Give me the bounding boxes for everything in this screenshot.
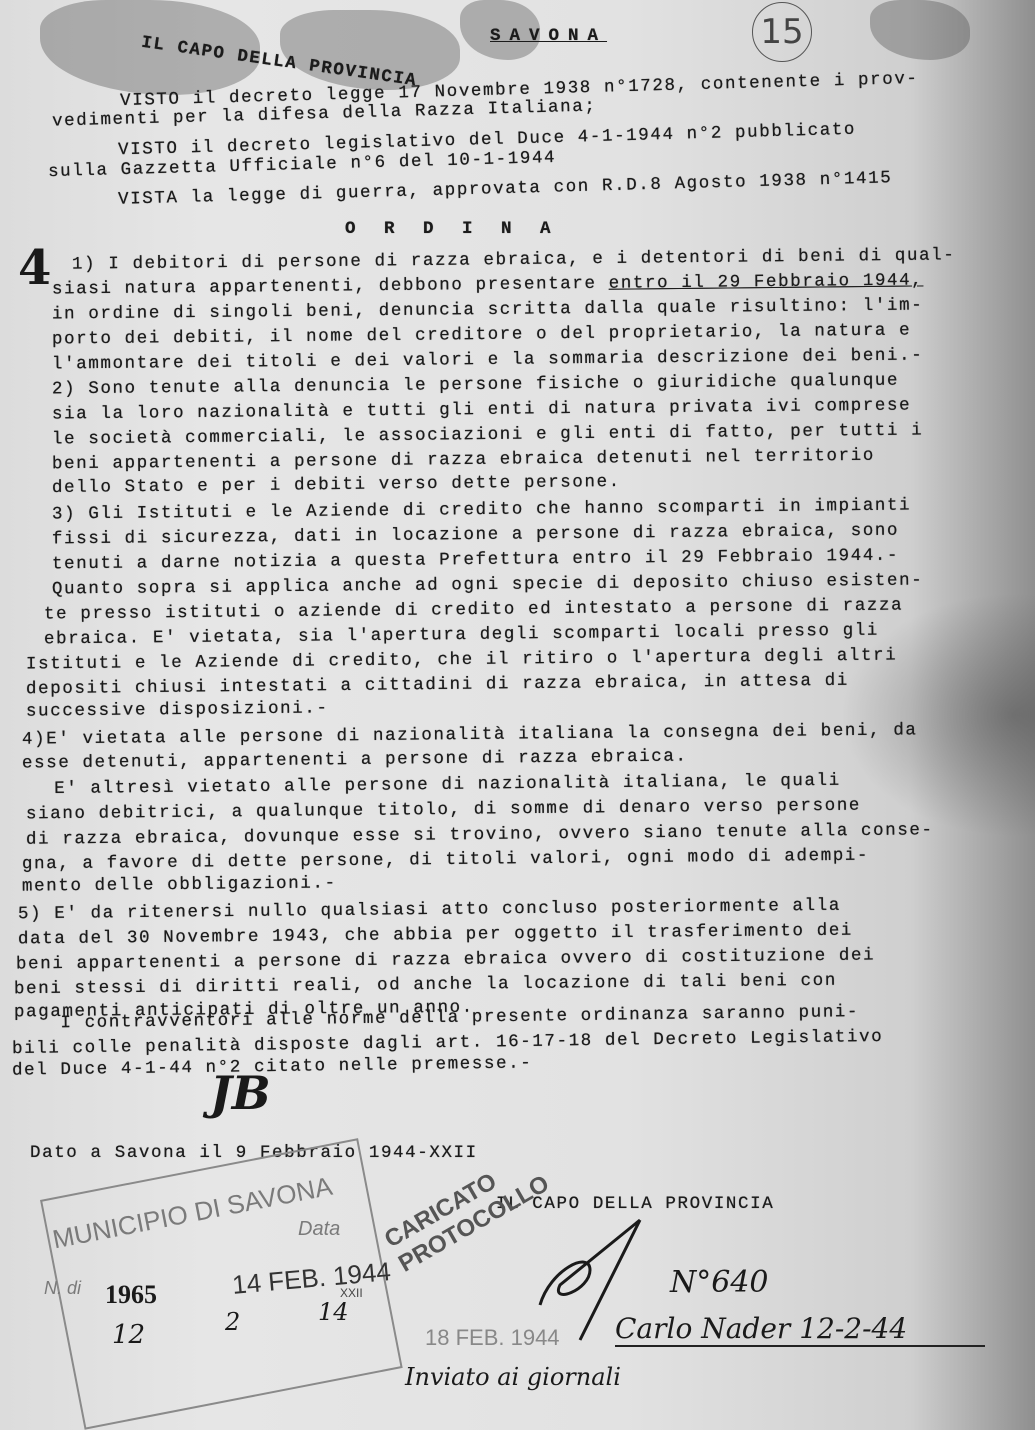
- order-heading: O R D I N A: [345, 221, 560, 239]
- body-line: dello Stato e per i debiti verso dette p…: [52, 474, 621, 497]
- deadline-underlined: entro il 29 Febbraio 1944,: [609, 270, 924, 293]
- handwritten-note: Carlo Nader 12-2-44: [615, 1312, 985, 1347]
- body-line: 4)E' vietata alle persone di nazionalità…: [22, 722, 918, 749]
- tape-stain: [870, 0, 970, 60]
- body-line: beni appartenenti a persone di razza ebr…: [16, 948, 875, 974]
- stamp-date-label: Data: [298, 1218, 340, 1241]
- body-line: beni appartenenti a persone di razza ebr…: [52, 448, 875, 474]
- body-line: Quanto sopra si applica anche ad ogni sp…: [52, 572, 923, 599]
- stamp-class: 2: [225, 1308, 240, 1336]
- body-line: E' altresì vietato alle persone di nazio…: [30, 773, 841, 799]
- city-heading: SAVONA: [490, 28, 607, 46]
- margin-mark: 4: [18, 240, 51, 296]
- body-line: data del 30 Novembre 1943, che abbia per…: [18, 923, 853, 949]
- stamp-category: 12: [112, 1320, 145, 1350]
- handwritten-ref-number: N°640: [670, 1265, 769, 1300]
- body-line: in ordine di singoli beni, denuncia scri…: [52, 297, 923, 324]
- stamp-number: 1965: [105, 1280, 157, 1310]
- body-line: siasi natura appartenenti, debbono prese…: [52, 272, 923, 299]
- body-line: 3) Gli Istituti e le Aziende di credito …: [52, 498, 911, 524]
- body-line: gna, a favore di dette persone, di titol…: [22, 848, 869, 874]
- body-line: 5) E' da ritenersi nullo qualsiasi atto …: [18, 898, 841, 924]
- body-line: fissi di sicurezza, dati in locazione a …: [52, 523, 899, 549]
- stamp-fascicolo: 14: [318, 1298, 349, 1326]
- page-number: 15: [752, 2, 812, 62]
- body-line: te presso istituti o aziende di credito …: [44, 598, 903, 624]
- handwritten-sent-note: Inviato ai giornali: [405, 1363, 621, 1391]
- body-line: l'ammontare dei titoli e dei valori e la…: [52, 347, 923, 374]
- signature-icon: [530, 1210, 660, 1350]
- body-line: 1) I debitori di persone di razza ebraic…: [72, 247, 956, 274]
- body-line: tenuti a darne notizia a questa Prefettu…: [52, 548, 899, 574]
- body-line: ebraica. E' vietata, sia l'apertura degl…: [44, 623, 879, 649]
- body-line: esse detenuti, appartenenti a persone di…: [22, 749, 688, 773]
- body-line: porto dei debiti, il nome del creditore …: [52, 323, 911, 349]
- body-line: siano debitrici, a qualunque titolo, di …: [26, 798, 861, 824]
- body-line: 2) Sono tenute alla denuncia le persone …: [52, 373, 899, 399]
- body-line: sia la loro nazionalità e tutti gli enti…: [52, 398, 911, 424]
- body-line: successive disposizioni.-: [26, 700, 329, 721]
- body-line: le società commerciali, le associazioni …: [52, 422, 923, 449]
- body-line: Istituti e le Aziende di credito, che il…: [26, 647, 897, 674]
- body-line: beni stessi di diritti reali, od anche l…: [14, 973, 837, 999]
- stamp-number-label: N. di: [44, 1278, 81, 1299]
- body-line: di razza ebraica, dovunque esse si trovi…: [26, 822, 934, 849]
- initials: JB: [210, 1066, 271, 1120]
- penalty-line: del Duce 4-1-44 n°2 citato nelle premess…: [12, 1055, 533, 1080]
- document-page: 15 IL CAPO DELLA PROVINCIA SAVONA VISTO …: [0, 0, 1035, 1430]
- body-line: mento delle obbligazioni.-: [22, 875, 337, 896]
- body-line: depositi chiusi intestati a cittadini di…: [26, 673, 849, 699]
